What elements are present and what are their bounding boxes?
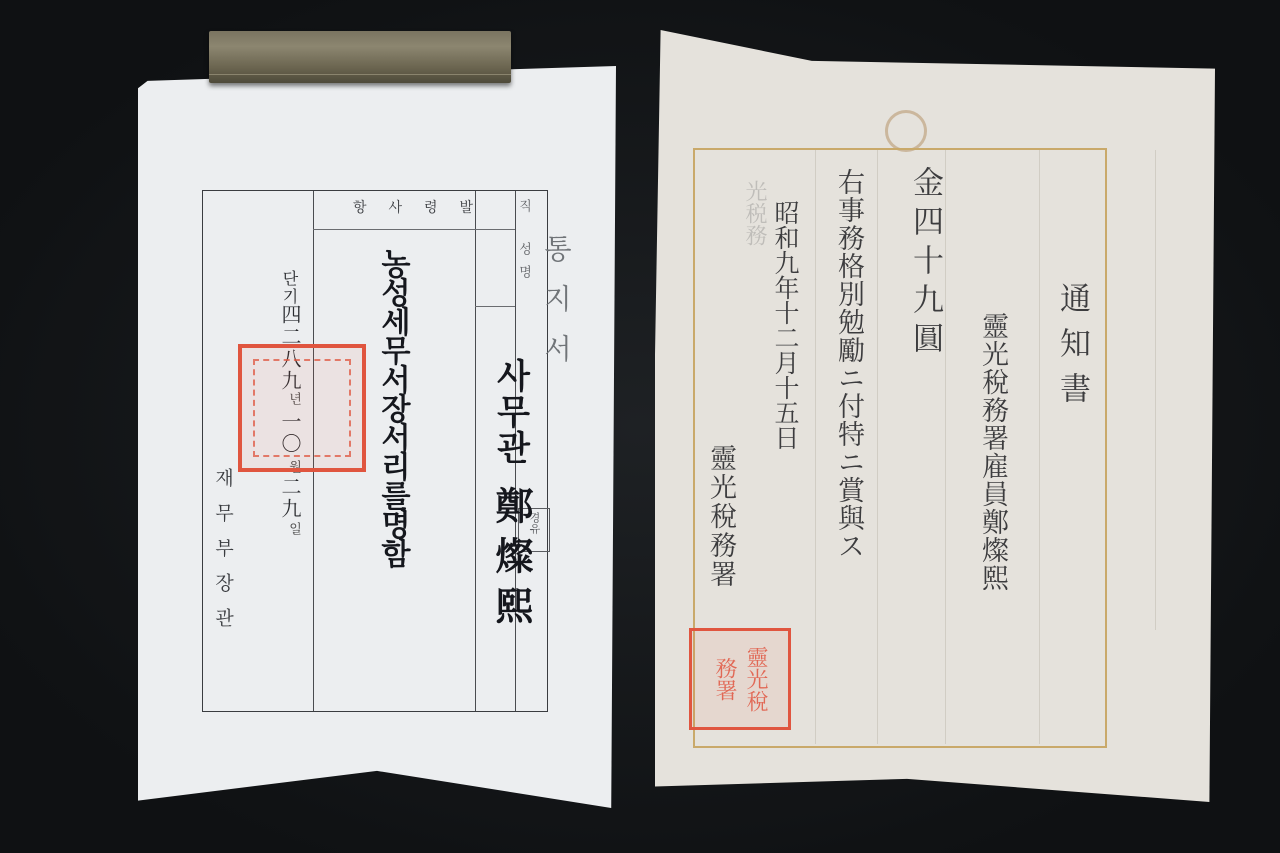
faint-bleed-through: 光税務 [739, 180, 770, 246]
seal-pattern [253, 359, 351, 457]
order-text: 농성세무서장서리를명함 [370, 248, 414, 567]
column-rule [475, 191, 476, 711]
header-order-items: 발령사항 [326, 197, 522, 217]
date-day: 二九 [276, 476, 305, 520]
document-title: 通知書 [1050, 282, 1095, 417]
official-seal [238, 344, 366, 472]
award-date: 昭和九年十二月十五日 [767, 200, 803, 450]
date-era: 단기 [278, 270, 301, 306]
column-rule [877, 150, 878, 744]
official-seal: 靈光稅務署 [689, 628, 791, 730]
date-day-unit: 일 [284, 522, 303, 535]
brass-paperweight [209, 31, 511, 83]
label-rule [475, 306, 515, 307]
document-title: 통지서 [536, 234, 576, 384]
recipient-position: 사무관 [486, 358, 535, 466]
issuer-name: 재무부장관 [210, 468, 237, 643]
column-rule [1039, 150, 1040, 744]
recipient: 靈光稅務署雇員鄭燦熙 [973, 312, 1012, 592]
recipient-name: 鄭燦熙 [484, 486, 539, 636]
award-amount: 金四十九圓 [903, 166, 948, 361]
column-rule [1155, 150, 1156, 630]
label-job: 직 [514, 199, 533, 232]
header-rule [313, 229, 515, 230]
korean-notice-document: 발령사항 직 성명 통지서 경유 사무관 鄭燦熙 농성세무서장서리를명함 단기 … [138, 66, 616, 808]
japanese-notice-document: 通知書 靈光稅務署雇員鄭燦熙 金四十九圓 右事務格別勉勵ニ付特ニ賞與ス 昭和九年… [655, 30, 1215, 802]
label-name: 성명 [514, 242, 533, 288]
column-rule [815, 150, 816, 744]
water-stain [885, 110, 927, 152]
issuer-name: 靈光稅務署 [701, 444, 740, 589]
award-reason: 右事務格別勉勵ニ付特ニ賞與ス [829, 168, 868, 560]
seal-text: 靈光稅務署 [703, 642, 778, 717]
